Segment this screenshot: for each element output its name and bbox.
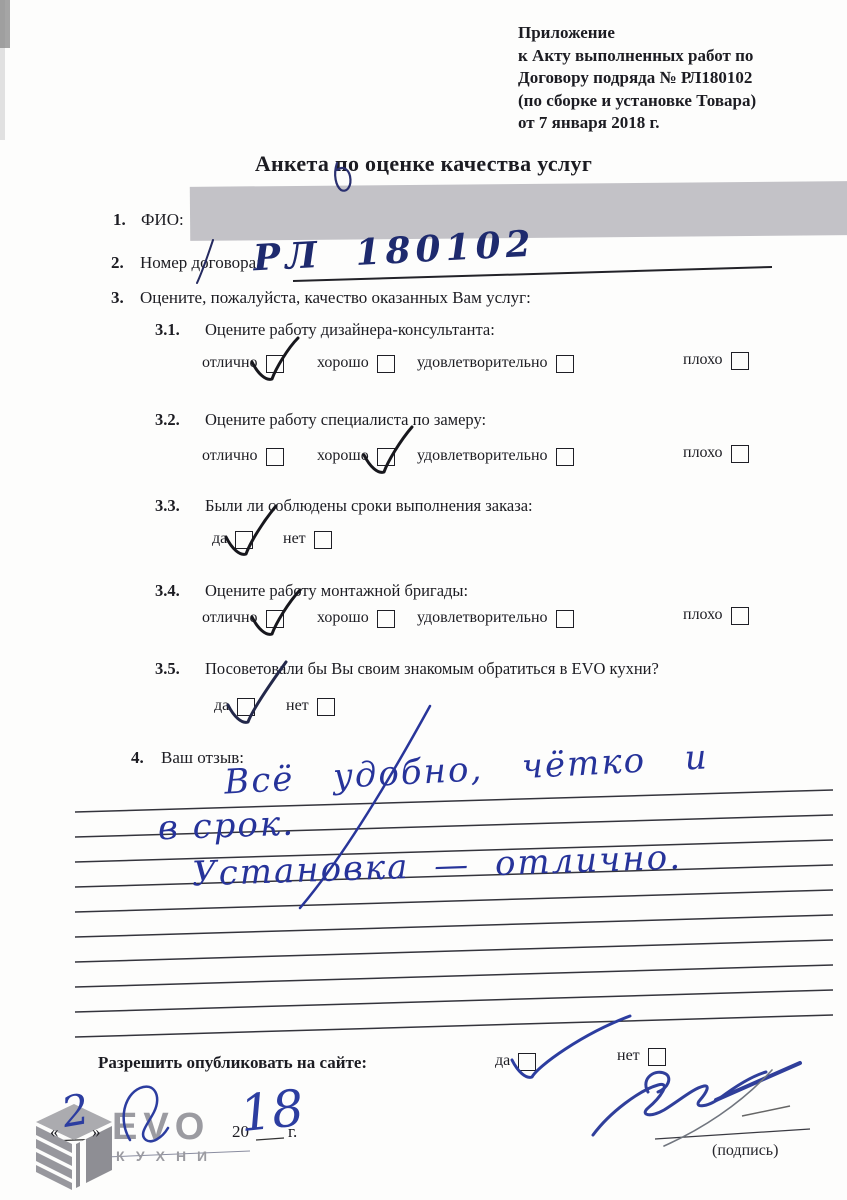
option-satisfactory: удовлетворительно (417, 606, 574, 630)
date-close-quote: » (92, 1122, 101, 1142)
logo-subtext: КУХНИ (116, 1148, 218, 1164)
options-row: отлично хорошо удовлетворительно плохо (0, 351, 847, 379)
scanned-questionnaire-page: Приложение к Акту выполненных работ по Д… (0, 0, 847, 1200)
option-label: хорошо (317, 609, 369, 627)
checkbox (648, 1048, 666, 1066)
checkbox (377, 610, 395, 628)
review-handwriting-line: Всё удобно, чётко и (223, 737, 709, 802)
option-good: хорошо (317, 444, 395, 468)
option-label: плохо (683, 444, 723, 462)
option-yes: да (214, 694, 255, 718)
checkbox (731, 607, 749, 625)
option-excellent: отлично (202, 351, 284, 375)
option-excellent: отлично (202, 606, 284, 630)
q3-label: Оцените, пожалуйста, качество оказанных … (140, 288, 531, 308)
option-no: нет (283, 527, 332, 551)
option-bad: плохо (683, 441, 749, 465)
signature-dash-mark (742, 1106, 790, 1116)
option-label: отлично (202, 609, 258, 627)
options-row: да нет (0, 527, 847, 555)
option-yes: да (212, 527, 253, 551)
option-label: да (214, 697, 229, 715)
question-number: 3.3. (155, 496, 180, 516)
signature-caption: (подпись) (712, 1142, 778, 1160)
options-row: да нет (0, 694, 847, 722)
appendix-block: Приложение к Акту выполненных работ по Д… (518, 22, 840, 135)
field-number: 3. (111, 288, 124, 308)
appendix-line: (по сборке и установке Товара) (518, 90, 840, 113)
checkbox (556, 448, 574, 466)
checkbox (377, 355, 395, 373)
review-handwriting-line: в срок. (157, 804, 295, 849)
question-text: Оцените работу монтажной бригады: (205, 581, 468, 601)
checkbox (731, 445, 749, 463)
option-label: нет (286, 697, 309, 715)
option-no: нет (286, 694, 335, 718)
option-label: да (495, 1052, 510, 1070)
option-label: плохо (683, 351, 723, 369)
option-bad: плохо (683, 603, 749, 627)
publish-option-no: нет (617, 1044, 666, 1068)
option-label: хорошо (317, 354, 369, 372)
option-label: хорошо (317, 447, 369, 465)
question-number: 3.5. (155, 659, 180, 679)
checkbox (266, 448, 284, 466)
option-satisfactory: удовлетворительно (417, 444, 574, 468)
form-title: Анкета по оценке качества услуг (0, 151, 847, 177)
checkbox (314, 531, 332, 549)
date-open-quote: « (50, 1122, 59, 1142)
appendix-line: от 7 января 2018 г. (518, 112, 840, 135)
option-label: нет (617, 1047, 640, 1065)
question-number: 3.4. (155, 581, 180, 601)
checkbox (377, 448, 395, 466)
checkbox (731, 352, 749, 370)
publish-option-yes: да (495, 1049, 536, 1073)
option-good: хорошо (317, 351, 395, 375)
checkbox (556, 355, 574, 373)
option-label: плохо (683, 606, 723, 624)
option-good: хорошо (317, 606, 395, 630)
checkbox (556, 610, 574, 628)
option-label: нет (283, 530, 306, 548)
option-label: удовлетворительно (417, 609, 548, 627)
option-excellent: отлично (202, 444, 284, 468)
contract-label: Номер договора: (140, 253, 261, 273)
option-label: удовлетворительно (417, 447, 548, 465)
review-handwriting-line: Установка — отлично. (191, 837, 682, 894)
checkbox (235, 531, 253, 549)
scan-corner-smudge (0, 0, 10, 48)
option-label: отлично (202, 354, 258, 372)
option-label: да (212, 530, 227, 548)
publish-options-row: да нет (0, 1049, 847, 1077)
logo-text: EVO (112, 1106, 210, 1149)
option-satisfactory: удовлетворительно (417, 351, 574, 375)
question-text: Оцените работу специалиста по замеру: (205, 410, 486, 430)
field-number: 2. (111, 253, 124, 273)
question-number: 3.2. (155, 410, 180, 430)
field-number: 1. (113, 210, 126, 230)
option-label: удовлетворительно (417, 354, 548, 372)
appendix-line: Договору подряда № РЛ180102 (518, 67, 840, 90)
question-number: 3.1. (155, 320, 180, 340)
signature-line (655, 1129, 810, 1139)
question-text: Посоветовали бы Вы своим знакомым обрати… (205, 659, 659, 679)
handwritten-year: 18 (237, 1079, 306, 1143)
option-bad: плохо (683, 348, 749, 372)
field-number: 4. (131, 748, 144, 768)
appendix-line: Приложение (518, 22, 840, 45)
checkbox (266, 610, 284, 628)
checkbox (317, 698, 335, 716)
checkbox (237, 698, 255, 716)
appendix-line: к Акту выполненных работ по (518, 45, 840, 68)
fio-label: ФИО: (141, 210, 184, 230)
checkbox (518, 1053, 536, 1071)
question-text: Были ли соблюдены сроки выполнения заказ… (205, 496, 533, 516)
question-text: Оцените работу дизайнера-консультанта: (205, 320, 495, 340)
checkbox (266, 355, 284, 373)
options-row: отлично хорошо удовлетворительно плохо (0, 606, 847, 634)
options-row: отлично хорошо удовлетворительно плохо (0, 444, 847, 472)
option-label: отлично (202, 447, 258, 465)
